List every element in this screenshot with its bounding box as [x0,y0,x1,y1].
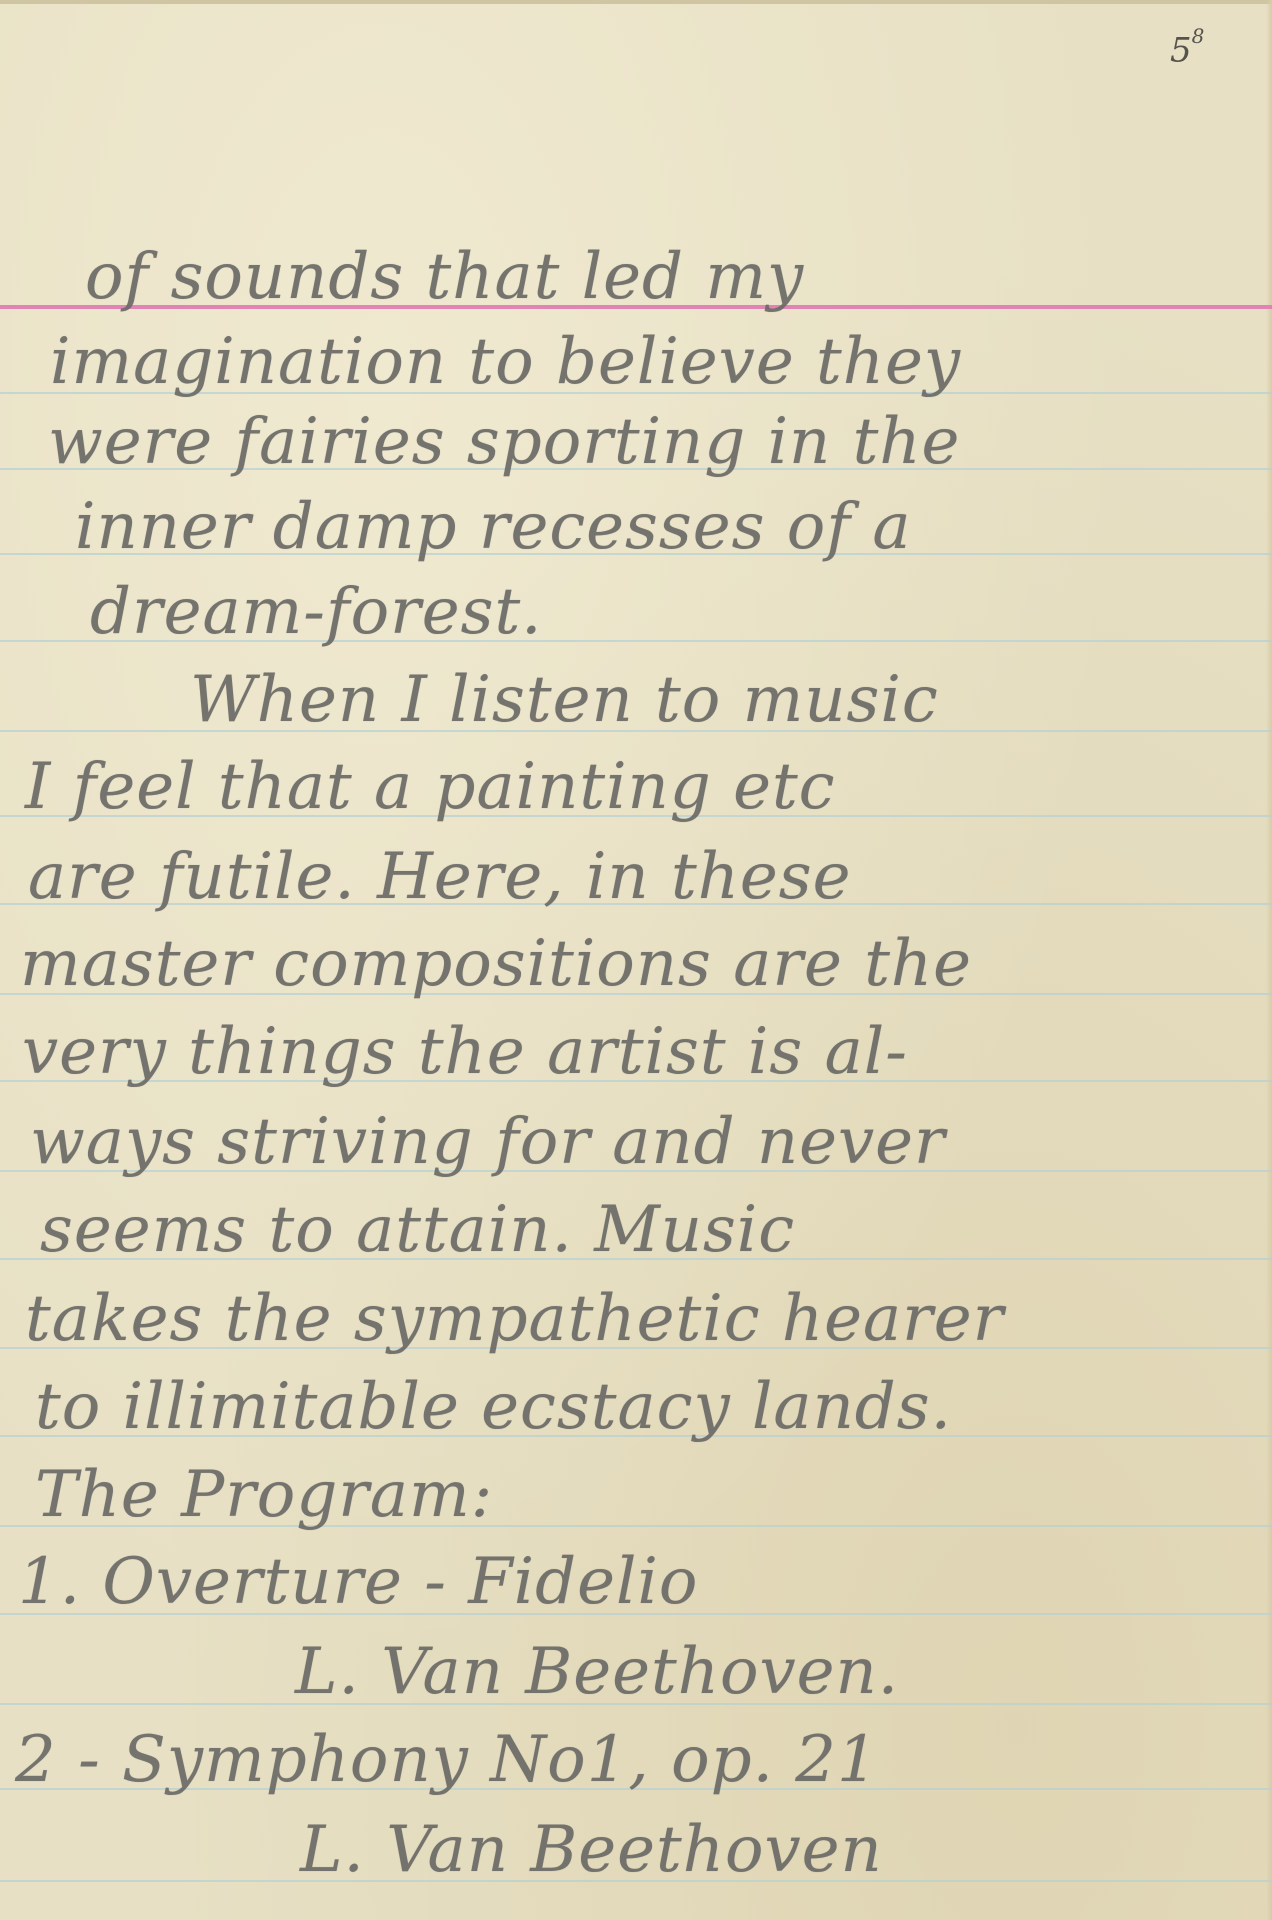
page-number-superscript: 8 [1192,24,1205,48]
handwritten-line: 2 - Symphony No1, op. 21 [15,1728,879,1792]
page-number: 58 [1170,30,1204,70]
handwritten-line: were fairies sporting in the [48,410,960,474]
handwritten-line: L. Van Beethoven [300,1818,883,1882]
handwritten-line: ways striving for and never [30,1110,946,1174]
handwritten-line: dream-forest. [90,580,543,644]
handwritten-line: takes the sympathetic hearer [25,1287,1004,1351]
handwritten-line: When I listen to music [190,668,939,732]
handwritten-line: to illimitable ecstacy lands. [35,1375,952,1439]
handwritten-line: inner damp recesses of a [75,495,912,559]
handwritten-line: 1. Overture - Fidelio [18,1550,698,1614]
handwritten-line: are futile. Here, in these [28,845,852,909]
handwritten-line: seems to attain. Music [40,1198,795,1262]
handwritten-line: of sounds that led my [85,245,804,309]
handwritten-line: master compositions are the [20,932,972,996]
page-top-edge [0,0,1272,4]
handwritten-line: The Program: [35,1463,493,1527]
handwritten-line: I feel that a painting etc [25,755,836,819]
handwritten-line: imagination to believe they [50,330,961,394]
notebook-page: 58 of sounds that led my imagination to … [0,0,1272,1920]
page-right-edge [1266,0,1272,1920]
handwritten-line: L. Van Beethoven. [295,1640,899,1704]
handwritten-line: very things the artist is al- [22,1020,908,1084]
page-number-main: 5 [1170,30,1192,70]
